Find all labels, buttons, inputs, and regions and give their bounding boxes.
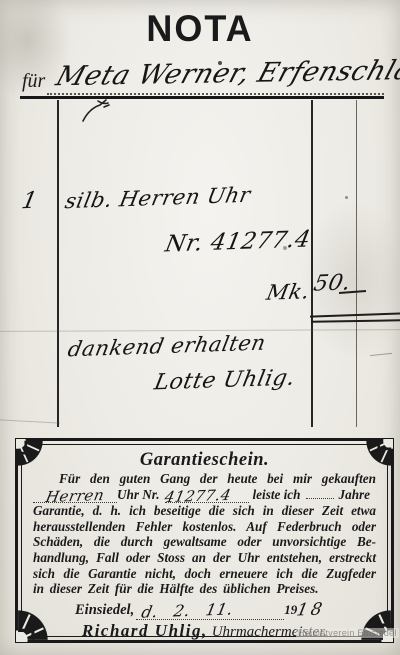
warranty-text-segment: Uhr Nr.	[117, 487, 160, 503]
warranty-title: Garantieschein.	[33, 450, 376, 471]
warranty-text-segment: leiste ich	[253, 487, 301, 503]
warranty-text-segment: Jahre	[339, 487, 371, 503]
date-blank-field: d. 2. 11.	[136, 599, 284, 620]
table-column-line-quantity	[57, 100, 59, 427]
warranty-date-line: Einsiedel, d. 2. 11. 19 18	[33, 599, 376, 620]
warranty-line: handlung, Fall oder Stoss an der Uhr ent…	[33, 550, 376, 566]
table-column-line-pfennig	[356, 100, 357, 427]
document-title: NOTA	[0, 8, 400, 51]
paper-crease	[0, 419, 60, 423]
ink-speck	[345, 196, 348, 199]
item-handwriting: Herren	[44, 488, 105, 506]
warranty-content: Garantieschein. Für den guten Gang der h…	[33, 447, 376, 634]
warranty-line: herausstellenden Fehler kostenlos. Auf F…	[33, 519, 376, 535]
recipient-name-handwriting: Meta Werner, Erfenschlag	[52, 55, 400, 92]
warranty-place-label: Einsiedel,	[75, 602, 134, 619]
date-handwriting: d. 2. 11.	[140, 599, 235, 621]
description-handwriting: silb. Herren Uhr	[63, 183, 253, 213]
warranty-certificate-box: Garantieschein. Für den guten Gang der h…	[15, 438, 394, 643]
thanks-handwriting: dankend erhalten	[66, 331, 268, 362]
item-blank-field: Herren	[33, 487, 117, 504]
currency-handwriting: Mk.	[264, 279, 311, 304]
ink-blot	[80, 97, 114, 123]
warranty-line: Für den guten Gang der heute bei mir gek…	[33, 471, 376, 487]
warranty-line-fill: Herren Uhr Nr. 41277.4 leiste ich Jahre	[33, 487, 376, 504]
years-blank-field	[306, 498, 334, 499]
nota-document-scan: NOTA für Meta Werner, Erfenschlag 1 silb…	[0, 0, 400, 655]
table-column-line-mark	[311, 100, 313, 427]
warranty-line: sich die Garantie nicht, doch erneuere i…	[33, 566, 376, 582]
customer-signature-handwriting: Lotte Uhlig.	[152, 366, 297, 396]
warranty-line: in dieser Zeit für die Hälfte des üblich…	[33, 581, 376, 597]
quantity-handwriting: 1	[19, 188, 39, 215]
serial-handwriting: 41277.4	[163, 487, 232, 505]
warranty-line: Garantie, d. h. ich beseitige die sich i…	[33, 503, 376, 519]
recipient-label: für	[22, 70, 45, 93]
year-handwriting: 18	[295, 599, 327, 620]
table-top-rule	[20, 96, 384, 99]
watermark: Heimatverein Einsiedel	[296, 628, 399, 638]
serial-number-handwriting: Nr. 41277.4	[163, 226, 313, 257]
signer-name: Richard Uhlig,	[82, 621, 208, 640]
serial-blank-field: 41277.4	[165, 487, 249, 504]
warranty-line: Schäden, die durch gewaltsame oder unvor…	[33, 534, 376, 550]
